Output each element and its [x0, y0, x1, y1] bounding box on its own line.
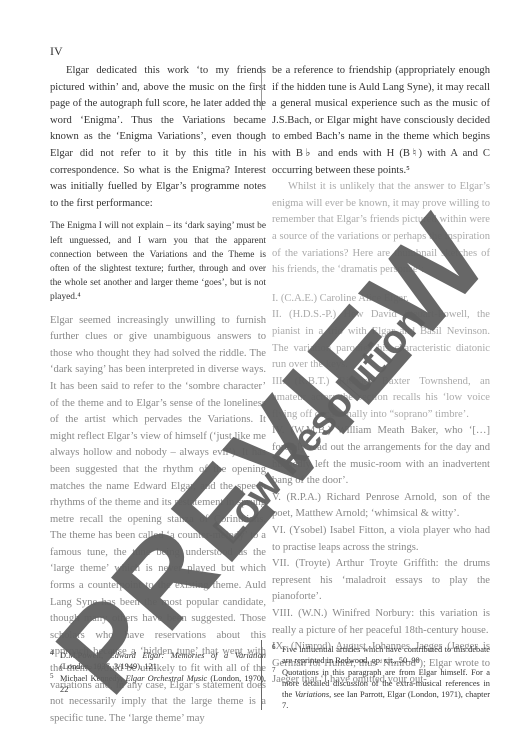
footnote: 6Five influential articles which have co… — [272, 644, 490, 666]
footnote-title: Variations — [295, 690, 329, 699]
variation-item: V. (R.P.A.) Richard Penrose Arnold, son … — [272, 490, 490, 523]
footnote-text: Michael Kennedy, — [60, 674, 125, 683]
variation-item: VIII. (W.N.) Winifred Norbury: this vari… — [272, 606, 490, 639]
variation-item: III. (R.B.T.) Richard Baxter Townshend, … — [272, 374, 490, 424]
column-divider-top — [261, 68, 262, 110]
footnote-text: (London, 1937, 3/1949), 121 — [60, 662, 157, 671]
right-paragraph-1: be a reference to friendship (appropriat… — [272, 63, 490, 179]
variation-item: I. (C.A.E.) Caroline Alice Elgar. — [272, 291, 490, 308]
intro-paragraph: Elgar dedicated this work ‘to my friends… — [50, 63, 266, 212]
footnote: 7Quotations in this paragraph are from E… — [272, 667, 490, 711]
footnote-mark: 6 — [272, 642, 276, 653]
footnotes-left: 4D.M.Powell, Edward Elgar: Memories of a… — [50, 650, 266, 696]
variation-item: II. (H.D.S.-P.) Hew David Steuart-Powell… — [272, 307, 490, 373]
left-column: Elgar dedicated this work ‘to my friends… — [50, 63, 266, 727]
footnote: 4D.M.Powell, Edward Elgar: Memories of a… — [50, 650, 266, 672]
footnote-mark: 4 — [50, 648, 54, 659]
variation-item: VI. (Ysobel) Isabel Fitton, a viola play… — [272, 523, 490, 556]
variation-item: VII. (Troyte) Arthur Troyte Griffith: th… — [272, 556, 490, 606]
footnote: 5Michael Kennedy, Elgar Orchestral Music… — [50, 673, 266, 695]
page-number: IV — [50, 44, 63, 59]
footnote-mark: 5 — [50, 671, 54, 682]
footnote-title: Elgar Orchestral Music — [125, 674, 207, 683]
right-column: be a reference to friendship (appropriat… — [272, 63, 490, 689]
footnotes-right: 6Five influential articles which have co… — [272, 644, 490, 712]
footnote-mark: 7 — [272, 665, 276, 676]
block-quote: The Enigma I will not explain – its ‘dar… — [50, 219, 266, 304]
footnote-text: Five influential articles which have con… — [282, 645, 490, 665]
variation-item: IV. (W.M.B.) William Meath Baker, who ‘[… — [272, 423, 490, 489]
footnote-text: D.M.Powell, — [60, 651, 110, 660]
footnote-title: Edward Elgar: Memories of a Variation — [110, 651, 266, 660]
right-paragraph-2: Whilst it is unlikely that the answer to… — [272, 179, 490, 279]
